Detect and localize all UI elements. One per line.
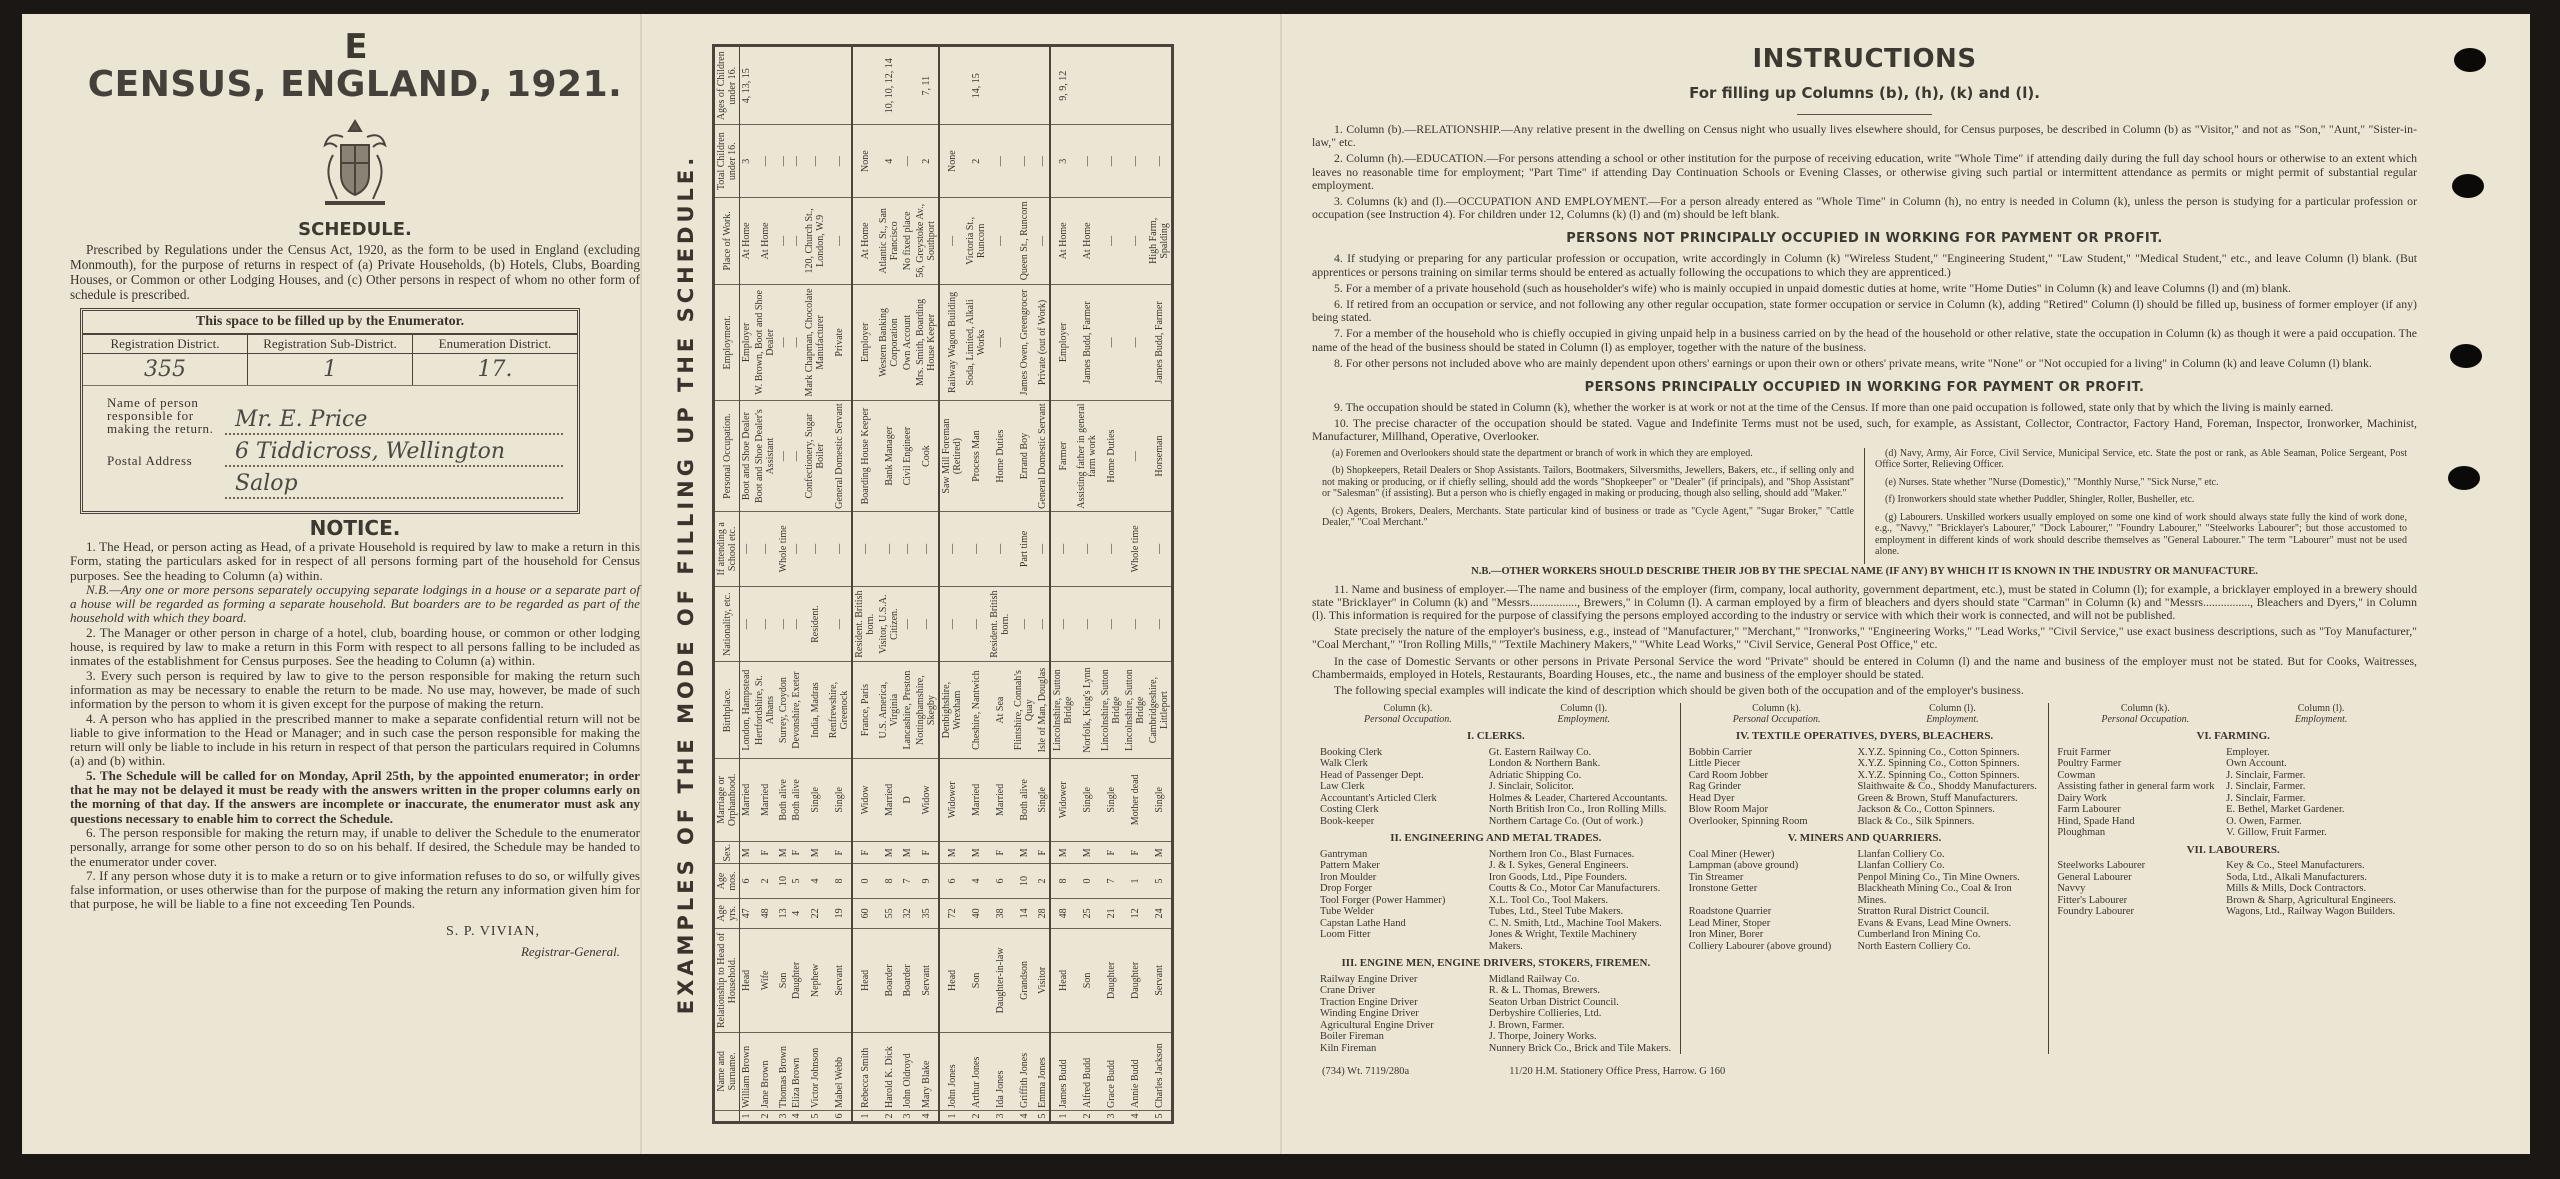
cell-nat: — — [939, 586, 964, 662]
cell-birth: Lincolnshire, Sutton Bridge — [1099, 662, 1123, 758]
cell-children: — — [1075, 125, 1099, 198]
occupation: Lampman (above ground) — [1689, 860, 1858, 872]
cell-children: 2 — [964, 125, 988, 198]
cell-work: Atlantic St., San Francisco — [877, 198, 901, 285]
instruction-paragraph: 3. Columns (k) and (l).—OCCUPATION AND E… — [1312, 195, 2417, 221]
cell-work: At Home — [1050, 198, 1075, 285]
cell-school: Whole time — [777, 512, 790, 587]
notice-paragraph: 6. The person responsible for making the… — [70, 826, 640, 869]
cell-name: Grace Budd — [1099, 1032, 1123, 1110]
cell-sex: M — [1147, 842, 1173, 865]
cell-ages — [1012, 46, 1036, 125]
cell-mar: Widow — [914, 758, 939, 841]
instruction-paragraph: 8. For other persons not included above … — [1312, 357, 2417, 370]
instruction-paragraph: 11. Name and business of employer.—The n… — [1312, 583, 2417, 623]
employer: Green & Brown, Stuff Manufacturers. — [1857, 793, 2040, 805]
cell-occ: Civil Engineer — [901, 401, 914, 512]
section-heading: PERSONS PRINCIPALLY OCCUPIED IN WORKING … — [1312, 380, 2417, 395]
cell-birth: Denbighshire, Wrexham — [939, 662, 964, 758]
employer: Tubes, Ltd., Steel Tube Makers. — [1489, 906, 1672, 918]
employer: V. Gillow, Fruit Farmer. — [2226, 827, 2409, 839]
category-heading: VI. FARMING. — [2057, 731, 2409, 743]
registration-sub-district-value[interactable]: 1 — [248, 354, 413, 385]
cell-sex: M — [939, 842, 964, 865]
table-row: 2Jane BrownWife482FMarriedHertfordshire,… — [753, 46, 777, 1123]
cell-name: Charles Jackson — [1147, 1032, 1173, 1110]
examples-column: Column (k).Personal Occupation. Column (… — [1312, 703, 1680, 1054]
cell-mos: 9 — [914, 864, 939, 898]
cell-name: Annie Budd — [1123, 1032, 1147, 1110]
occupation: Tool Forger (Power Hammer) — [1320, 895, 1489, 907]
occupation: Lead Miner, Stoper — [1689, 918, 1858, 930]
cell-yrs: 24 — [1147, 898, 1173, 929]
occupation: Head of Passenger Dept. — [1320, 770, 1489, 782]
cell-nat: Resident. — [803, 586, 827, 662]
cell-rel: Boarder — [877, 929, 901, 1033]
cell-ages: 10, 10, 12, 14 — [877, 46, 901, 125]
cell-occ: General Domestic Servant — [1036, 401, 1050, 512]
cell-ages: 4, 13, 15 — [740, 46, 754, 125]
employer: X.Y.Z. Spinning Co., Cotton Spinners. — [1857, 770, 2040, 782]
list-item: Loom FitterJones & Wright, Textile Machi… — [1320, 929, 1672, 952]
cell-name: Harold K. Dick — [877, 1032, 901, 1110]
employer: Llanfan Colliery Co. — [1857, 849, 2040, 861]
col-header: Relationship to Head of Household. — [714, 929, 740, 1033]
employer: Slaithwaite & Co., Shoddy Manufacturers. — [1857, 781, 2040, 793]
employer: X.Y.Z. Spinning Co., Cotton Spinners. — [1857, 758, 2040, 770]
notice-paragraph: 4. A person who has applied in the presc… — [70, 712, 640, 769]
occupation: Ploughman — [2057, 827, 2226, 839]
cell-occ: Boarding House Keeper — [852, 401, 877, 512]
cell-n: 1 — [852, 1111, 877, 1123]
list-item: Poultry FarmerOwn Account. — [2057, 758, 2409, 770]
col-header: Name and Surname. — [714, 1032, 740, 1110]
cell-sex: M — [740, 842, 754, 865]
cell-birth: Lincolnshire, Sutton Bridge — [1123, 662, 1147, 758]
cell-birth: Isle of Man, Douglas — [1036, 662, 1050, 758]
category-heading: VII. LABOURERS. — [2057, 845, 2409, 857]
cell-mos: 5 — [790, 864, 803, 898]
cell-mar: Married — [964, 758, 988, 841]
cell-yrs: 25 — [1075, 898, 1099, 929]
col-header: Employment. — [714, 284, 740, 400]
cell-nat: — — [1123, 586, 1147, 662]
notice-heading: NOTICE. — [70, 516, 640, 540]
cell-emp: Employer — [852, 284, 877, 400]
list-item: Lampman (above ground)Llanfan Colliery C… — [1689, 860, 2041, 872]
cell-nat: — — [777, 586, 790, 662]
col-header: Nationality, etc. — [714, 586, 740, 662]
cell-sex: F — [1099, 842, 1123, 865]
cell-mar: Widow — [852, 758, 877, 841]
cell-children: — — [790, 125, 803, 198]
instruction-paragraph: 10. The precise character of the occupat… — [1312, 417, 2417, 443]
list-item: Little PiecerX.Y.Z. Spinning Co., Cotton… — [1689, 758, 2041, 770]
employer: Soda, Ltd., Alkali Manufacturers. — [2226, 872, 2409, 884]
postal-address-field[interactable]: 6 Tiddicross, Wellington — [225, 439, 563, 467]
employer: Jones & Wright, Textile Machinery Makers… — [1489, 929, 1672, 952]
cell-n: 3 — [901, 1111, 914, 1123]
list-item: Hind, Spade HandO. Owen, Farmer. — [2057, 816, 2409, 828]
cell-rel: Wife — [753, 929, 777, 1033]
enumerator-box: This space to be filled up by the Enumer… — [80, 308, 580, 514]
cell-yrs: 13 — [777, 898, 790, 929]
divider — [1797, 114, 1932, 115]
cell-n: 5 — [1147, 1111, 1173, 1123]
cell-name: John Jones — [939, 1032, 964, 1110]
table-row: 2Alfred BuddSon250MSingleNorfolk, King's… — [1075, 46, 1099, 1123]
document-title: CENSUS, ENGLAND, 1921. — [70, 64, 640, 105]
table-row: 5Emma JonesVisitor282FSingleIsle of Man,… — [1036, 46, 1050, 1123]
cell-children: — — [901, 125, 914, 198]
list-item: Lead Miner, StoperEvans & Evans, Lead Mi… — [1689, 918, 2041, 930]
cell-occ: — — [1123, 401, 1147, 512]
occupation: Ironstone Getter — [1689, 883, 1858, 906]
list-item: Fruit FarmerEmployer. — [2057, 747, 2409, 759]
subnote: (d) Navy, Army, Air Force, Civil Service… — [1875, 448, 2407, 471]
cell-birth: Hertfordshire, St. Albans — [753, 662, 777, 758]
occupation: Rag Grinder — [1689, 781, 1858, 793]
cell-sex: F — [988, 842, 1012, 865]
list-item: Head DyerGreen & Brown, Stuff Manufactur… — [1689, 793, 2041, 805]
cell-ages — [852, 46, 877, 125]
table-row: 1William BrownHead476MMarriedLondon, Ham… — [740, 46, 754, 1123]
cell-mos: 4 — [803, 864, 827, 898]
cell-occ: Errand Boy — [1012, 401, 1036, 512]
cell-school: — — [1147, 512, 1173, 587]
cell-sex: M — [1050, 842, 1075, 865]
cell-yrs: 38 — [988, 898, 1012, 929]
table-row: 5Victor JohnsonNephew224MSingleIndia, Ma… — [803, 46, 827, 1123]
occupation: Traction Engine Driver — [1320, 997, 1489, 1009]
cell-school: — — [803, 512, 827, 587]
cell-school: — — [1050, 512, 1075, 587]
cell-mar: Married — [740, 758, 754, 841]
cell-yrs: 19 — [827, 898, 852, 929]
list-item: Winding Engine DriverDerbyshire Collieri… — [1320, 1008, 1672, 1020]
col-header: Marriage or Orphanhood. — [714, 758, 740, 841]
cell-sex: M — [901, 842, 914, 865]
schedule-cover-panel: E CENSUS, ENGLAND, 1921. SCHEDULE. Presc… — [70, 32, 640, 960]
list-item: Crane DriverR. & L. Thomas, Brewers. — [1320, 985, 1672, 997]
notice-section: NOTICE. 1. The Head, or person acting as… — [70, 516, 640, 960]
cell-school: — — [939, 512, 964, 587]
table-row: 3Grace BuddDaughter217FSingleLincolnshir… — [1099, 46, 1123, 1123]
table-row: 5Charles JacksonServant245MSingleCambrid… — [1147, 46, 1173, 1123]
occupation: Bobbin Carrier — [1689, 747, 1858, 759]
cell-rel: Daughter-in-law — [988, 929, 1012, 1033]
cell-n: 3 — [777, 1111, 790, 1123]
prescribed-text: Prescribed by Regulations under the Cens… — [70, 242, 640, 302]
cell-sex: M — [1012, 842, 1036, 865]
occupation: Dairy Work — [2057, 793, 2226, 805]
cell-yrs: 35 — [914, 898, 939, 929]
list-item: Tin StreamerPenpol Mining Co., Tin Mine … — [1689, 872, 2041, 884]
col-header: If attending a School etc. — [714, 512, 740, 587]
cell-nat: — — [1075, 586, 1099, 662]
cell-mos: 6 — [939, 864, 964, 898]
employer: Employer. — [2226, 747, 2409, 759]
subnote: (f) Ironworkers should state whether Pud… — [1875, 494, 2407, 506]
list-item: Traction Engine DriverSeaton Urban Distr… — [1320, 997, 1672, 1009]
cell-school: — — [901, 512, 914, 587]
list-item: Accountant's Articled ClerkHolmes & Lead… — [1320, 793, 1672, 805]
cell-yrs: 21 — [1099, 898, 1123, 929]
cell-emp: — — [1123, 284, 1147, 400]
cell-school: — — [827, 512, 852, 587]
category-heading: V. MINERS AND QUARRIERS. — [1689, 833, 2041, 845]
occupation: Railway Engine Driver — [1320, 974, 1489, 986]
occupation: Accountant's Articled Clerk — [1320, 793, 1489, 805]
cell-emp: Own Account — [901, 284, 914, 400]
signature: S. P. VIVIAN, — [70, 924, 640, 940]
cell-work: 120, Church St., London, W.9 — [803, 198, 827, 285]
occupation: Gantryman — [1320, 849, 1489, 861]
cell-mar: Both alive — [1012, 758, 1036, 841]
cell-n: 6 — [827, 1111, 852, 1123]
fold-line — [640, 14, 642, 1154]
punch-hole — [2452, 174, 2484, 198]
cell-name: James Budd — [1050, 1032, 1075, 1110]
cell-emp: Soda, Limited, Alkali Works — [964, 284, 988, 400]
list-item: Tool Forger (Power Hammer)X.L. Tool Co.,… — [1320, 895, 1672, 907]
list-item: Kiln FiremanNunnery Brick Co., Brick and… — [1320, 1043, 1672, 1055]
cell-occ: — — [777, 401, 790, 512]
employer: Derbyshire Collieries, Ltd. — [1489, 1008, 1672, 1020]
cell-occ: Assisting father in general farm work — [1075, 401, 1099, 512]
cell-emp: Employer — [1050, 284, 1075, 400]
instruction-paragraph: 5. For a member of a private household (… — [1312, 282, 2417, 295]
notice-paragraph: 7. If any person whose duty it is to mak… — [70, 869, 640, 912]
cell-children: — — [988, 125, 1012, 198]
instructions-title: INSTRUCTIONS — [1312, 44, 2417, 74]
cell-occ: Farmer — [1050, 401, 1075, 512]
cell-birth: India, Madras — [803, 662, 827, 758]
cell-yrs: 4 — [790, 898, 803, 929]
cell-ages — [753, 46, 777, 125]
cell-name: Thomas Brown — [777, 1032, 790, 1110]
employer: J. Sinclair, Farmer. — [2226, 770, 2409, 782]
occupation: Loom Fitter — [1320, 929, 1489, 952]
cell-mar: Married — [988, 758, 1012, 841]
employer: Iron Goods, Ltd., Pipe Founders. — [1489, 872, 1672, 884]
cell-work: At Home — [753, 198, 777, 285]
cell-occ: Confectionery, Sugar Boiler — [803, 401, 827, 512]
cell-rel: Son — [777, 929, 790, 1033]
cell-mar: Both alive — [790, 758, 803, 841]
list-item: General LabourerSoda, Ltd., Alkali Manuf… — [2057, 872, 2409, 884]
cell-rel: Head — [939, 929, 964, 1033]
enumeration-district-value[interactable]: 17. — [413, 354, 577, 385]
list-item: Iron Miner, BorerCumberland Iron Mining … — [1689, 929, 2041, 941]
cell-school: — — [852, 512, 877, 587]
occupation: Hind, Spade Hand — [2057, 816, 2226, 828]
registration-district-value[interactable]: 355 — [83, 354, 248, 385]
cell-n: 1 — [939, 1111, 964, 1123]
table-row: 2Arthur JonesSon404MMarriedCheshire, Nan… — [964, 46, 988, 1123]
list-item: Law ClerkJ. Sinclair, Solicitor. — [1320, 781, 1672, 793]
cell-work: — — [1123, 198, 1147, 285]
list-item: Book-keeperNorthern Cartage Co. (Out of … — [1320, 816, 1672, 828]
list-item: Railway Engine DriverMidland Railway Co. — [1320, 974, 1672, 986]
registration-sub-district-label: Registration Sub-District. — [248, 335, 413, 353]
list-item: Card Room JobberX.Y.Z. Spinning Co., Cot… — [1689, 770, 2041, 782]
occupation: General Labourer — [2057, 872, 2226, 884]
instruction-paragraph: 9. The occupation should be stated in Co… — [1312, 401, 2417, 414]
table-row: 1James BuddHead488MWidowerLincolnshire, … — [1050, 46, 1075, 1123]
punch-hole — [2454, 48, 2486, 72]
list-item: Tube WelderTubes, Ltd., Steel Tube Maker… — [1320, 906, 1672, 918]
cell-school: — — [914, 512, 939, 587]
cell-birth: At Sea — [988, 662, 1012, 758]
list-item: Capstan Lathe HandC. N. Smith, Ltd., Mac… — [1320, 918, 1672, 930]
cell-emp: Private — [827, 284, 852, 400]
cell-yrs: 32 — [901, 898, 914, 929]
cell-birth: Devonshire, Exeter — [790, 662, 803, 758]
cell-n: 2 — [1075, 1111, 1099, 1123]
cell-nat: — — [1099, 586, 1123, 662]
col-header: Ages of Children under 16. — [714, 46, 740, 125]
cell-ages — [1075, 46, 1099, 125]
cell-school: — — [740, 512, 754, 587]
cell-birth: Lancashire, Preston — [901, 662, 914, 758]
employer: J. & I. Sykes, General Engineers. — [1489, 860, 1672, 872]
employer: J. Brown, Farmer. — [1489, 1020, 1672, 1032]
occupation: Overlooker, Spinning Room — [1689, 816, 1858, 828]
category-heading: III. ENGINE MEN, ENGINE DRIVERS, STOKERS… — [1320, 958, 1672, 970]
employer: X.L. Tool Co., Tool Makers. — [1489, 895, 1672, 907]
cell-emp: Railway Wagon Building — [939, 284, 964, 400]
cell-yrs: 12 — [1123, 898, 1147, 929]
cell-nat: — — [753, 586, 777, 662]
enumerator-box-heading: This space to be filled up by the Enumer… — [83, 311, 577, 335]
employer: North British Iron Co., Iron Rolling Mil… — [1489, 804, 1672, 816]
col-header — [714, 1111, 740, 1123]
cell-mar: Single — [1147, 758, 1173, 841]
cell-children: — — [777, 125, 790, 198]
cell-children: — — [1036, 125, 1050, 198]
cell-children: — — [1012, 125, 1036, 198]
cell-ages — [790, 46, 803, 125]
occupation: Crane Driver — [1320, 985, 1489, 997]
list-item: Rag GrinderSlaithwaite & Co., Shoddy Man… — [1689, 781, 2041, 793]
occupation: Little Piecer — [1689, 758, 1858, 770]
cell-school: — — [1099, 512, 1123, 587]
cell-rel: Son — [964, 929, 988, 1033]
cell-mos: 8 — [1050, 864, 1075, 898]
col-header: Place of Work. — [714, 198, 740, 285]
table-row: 2Harold K. DickBoarder558MMarriedU.S. Am… — [877, 46, 901, 1123]
cell-yrs: 72 — [939, 898, 964, 929]
postal-address-label: Postal Address — [107, 454, 225, 467]
occupation: Capstan Lathe Hand — [1320, 918, 1489, 930]
occupation: Winding Engine Driver — [1320, 1008, 1489, 1020]
royal-coat-of-arms-icon — [315, 115, 395, 215]
instruction-paragraph: In the case of Domestic Servants or othe… — [1312, 655, 2417, 681]
employer: Blackheath Mining Co., Coal & Iron Mines… — [1857, 883, 2040, 906]
cell-occ: Process Man — [964, 401, 988, 512]
col-header: Personal Occupation. — [714, 401, 740, 512]
cell-children: — — [1099, 125, 1123, 198]
cell-birth: Renfrewshire, Greenock — [827, 662, 852, 758]
list-item: CowmanJ. Sinclair, Farmer. — [2057, 770, 2409, 782]
list-item: Assisting father in general farm workJ. … — [2057, 781, 2409, 793]
cell-birth: Lincolnshire, Sutton Bridge — [1050, 662, 1075, 758]
cell-rel: Servant — [827, 929, 852, 1033]
occupation: Tin Streamer — [1689, 872, 1858, 884]
occupation: Poultry Farmer — [2057, 758, 2226, 770]
cell-mar: Widower — [1050, 758, 1075, 841]
cell-occ: Cook — [914, 401, 939, 512]
cell-occ: — — [790, 401, 803, 512]
cell-mos: 8 — [877, 864, 901, 898]
nb-line: N.B.—OTHER WORKERS SHOULD DESCRIBE THEIR… — [1312, 566, 2417, 577]
schedule-heading: SCHEDULE. — [70, 219, 640, 240]
category-heading: I. CLERKS. — [1320, 731, 1672, 743]
cell-sex: F — [790, 842, 803, 865]
cell-n: 4 — [790, 1111, 803, 1123]
cell-rel: Grandson — [1012, 929, 1036, 1033]
examples-table: Name and Surname. Relationship to Head o… — [712, 44, 1174, 1124]
category-heading: IV. TEXTILE OPERATIVES, DYERS, BLEACHERS… — [1689, 731, 2041, 743]
cell-ages: 7, 11 — [914, 46, 939, 125]
cell-mos: 10 — [777, 864, 790, 898]
list-item: Iron MoulderIron Goods, Ltd., Pipe Found… — [1320, 872, 1672, 884]
table-row: 3Ida JonesDaughter-in-law386FMarriedAt S… — [988, 46, 1012, 1123]
section-heading: PERSONS NOT PRINCIPALLY OCCUPIED IN WORK… — [1312, 231, 2417, 246]
cell-birth: London, Hampstead — [740, 662, 754, 758]
postal-address-field-line2[interactable]: Salop — [225, 471, 563, 499]
cell-ages — [939, 46, 964, 125]
cell-emp: — — [777, 284, 790, 400]
cell-children: — — [1123, 125, 1147, 198]
col-header: Birthplace. — [714, 662, 740, 758]
cell-name: Mary Blake — [914, 1032, 939, 1110]
cell-emp: W. Brown, Boot and Shoe Dealer — [753, 284, 777, 400]
employer: Nunnery Brick Co., Brick and Tile Makers… — [1489, 1043, 1672, 1055]
cell-work: — — [1099, 198, 1123, 285]
employer: Northern Cartage Co. (Out of work.) — [1489, 816, 1672, 828]
cell-n: 2 — [753, 1111, 777, 1123]
list-item: Colliery Labourer (above ground)North Ea… — [1689, 941, 2041, 953]
table-row: 3Thomas BrownSon1310MBoth aliveSurrey, C… — [777, 46, 790, 1123]
responsible-person-field[interactable]: Mr. E. Price — [225, 407, 563, 435]
occupation: Drop Forger — [1320, 883, 1489, 895]
cell-work: — — [988, 198, 1012, 285]
list-item: Agricultural Engine DriverJ. Brown, Farm… — [1320, 1020, 1672, 1032]
cell-ages — [988, 46, 1012, 125]
employer: London & Northern Bank. — [1489, 758, 1672, 770]
cell-birth: U.S. America, Virginia — [877, 662, 901, 758]
form-letter: E — [70, 32, 640, 62]
cell-nat: — — [914, 586, 939, 662]
cell-birth: Nottinghamshire, Skegby — [914, 662, 939, 758]
cell-mos: 1 — [1123, 864, 1147, 898]
cell-school: Whole time — [1123, 512, 1147, 587]
employer: Wagons, Ltd., Railway Wagon Builders. — [2226, 906, 2409, 918]
cell-mar: Married — [877, 758, 901, 841]
cell-rel: Daughter — [790, 929, 803, 1033]
cell-occ: General Domestic Servant — [827, 401, 852, 512]
notice-paragraph: 5. The Schedule will be called for on Mo… — [70, 769, 640, 826]
notice-paragraph: 1. The Head, or person acting as Head, o… — [70, 540, 640, 583]
occupation: Coal Miner (Hewer) — [1689, 849, 1858, 861]
cell-sex: F — [914, 842, 939, 865]
employer: Key & Co., Steel Manufacturers. — [2226, 860, 2409, 872]
table-row: 4Mary BlakeServant359FWidowNottinghamshi… — [914, 46, 939, 1123]
cell-nat: — — [827, 586, 852, 662]
occupation: Iron Miner, Borer — [1689, 929, 1858, 941]
